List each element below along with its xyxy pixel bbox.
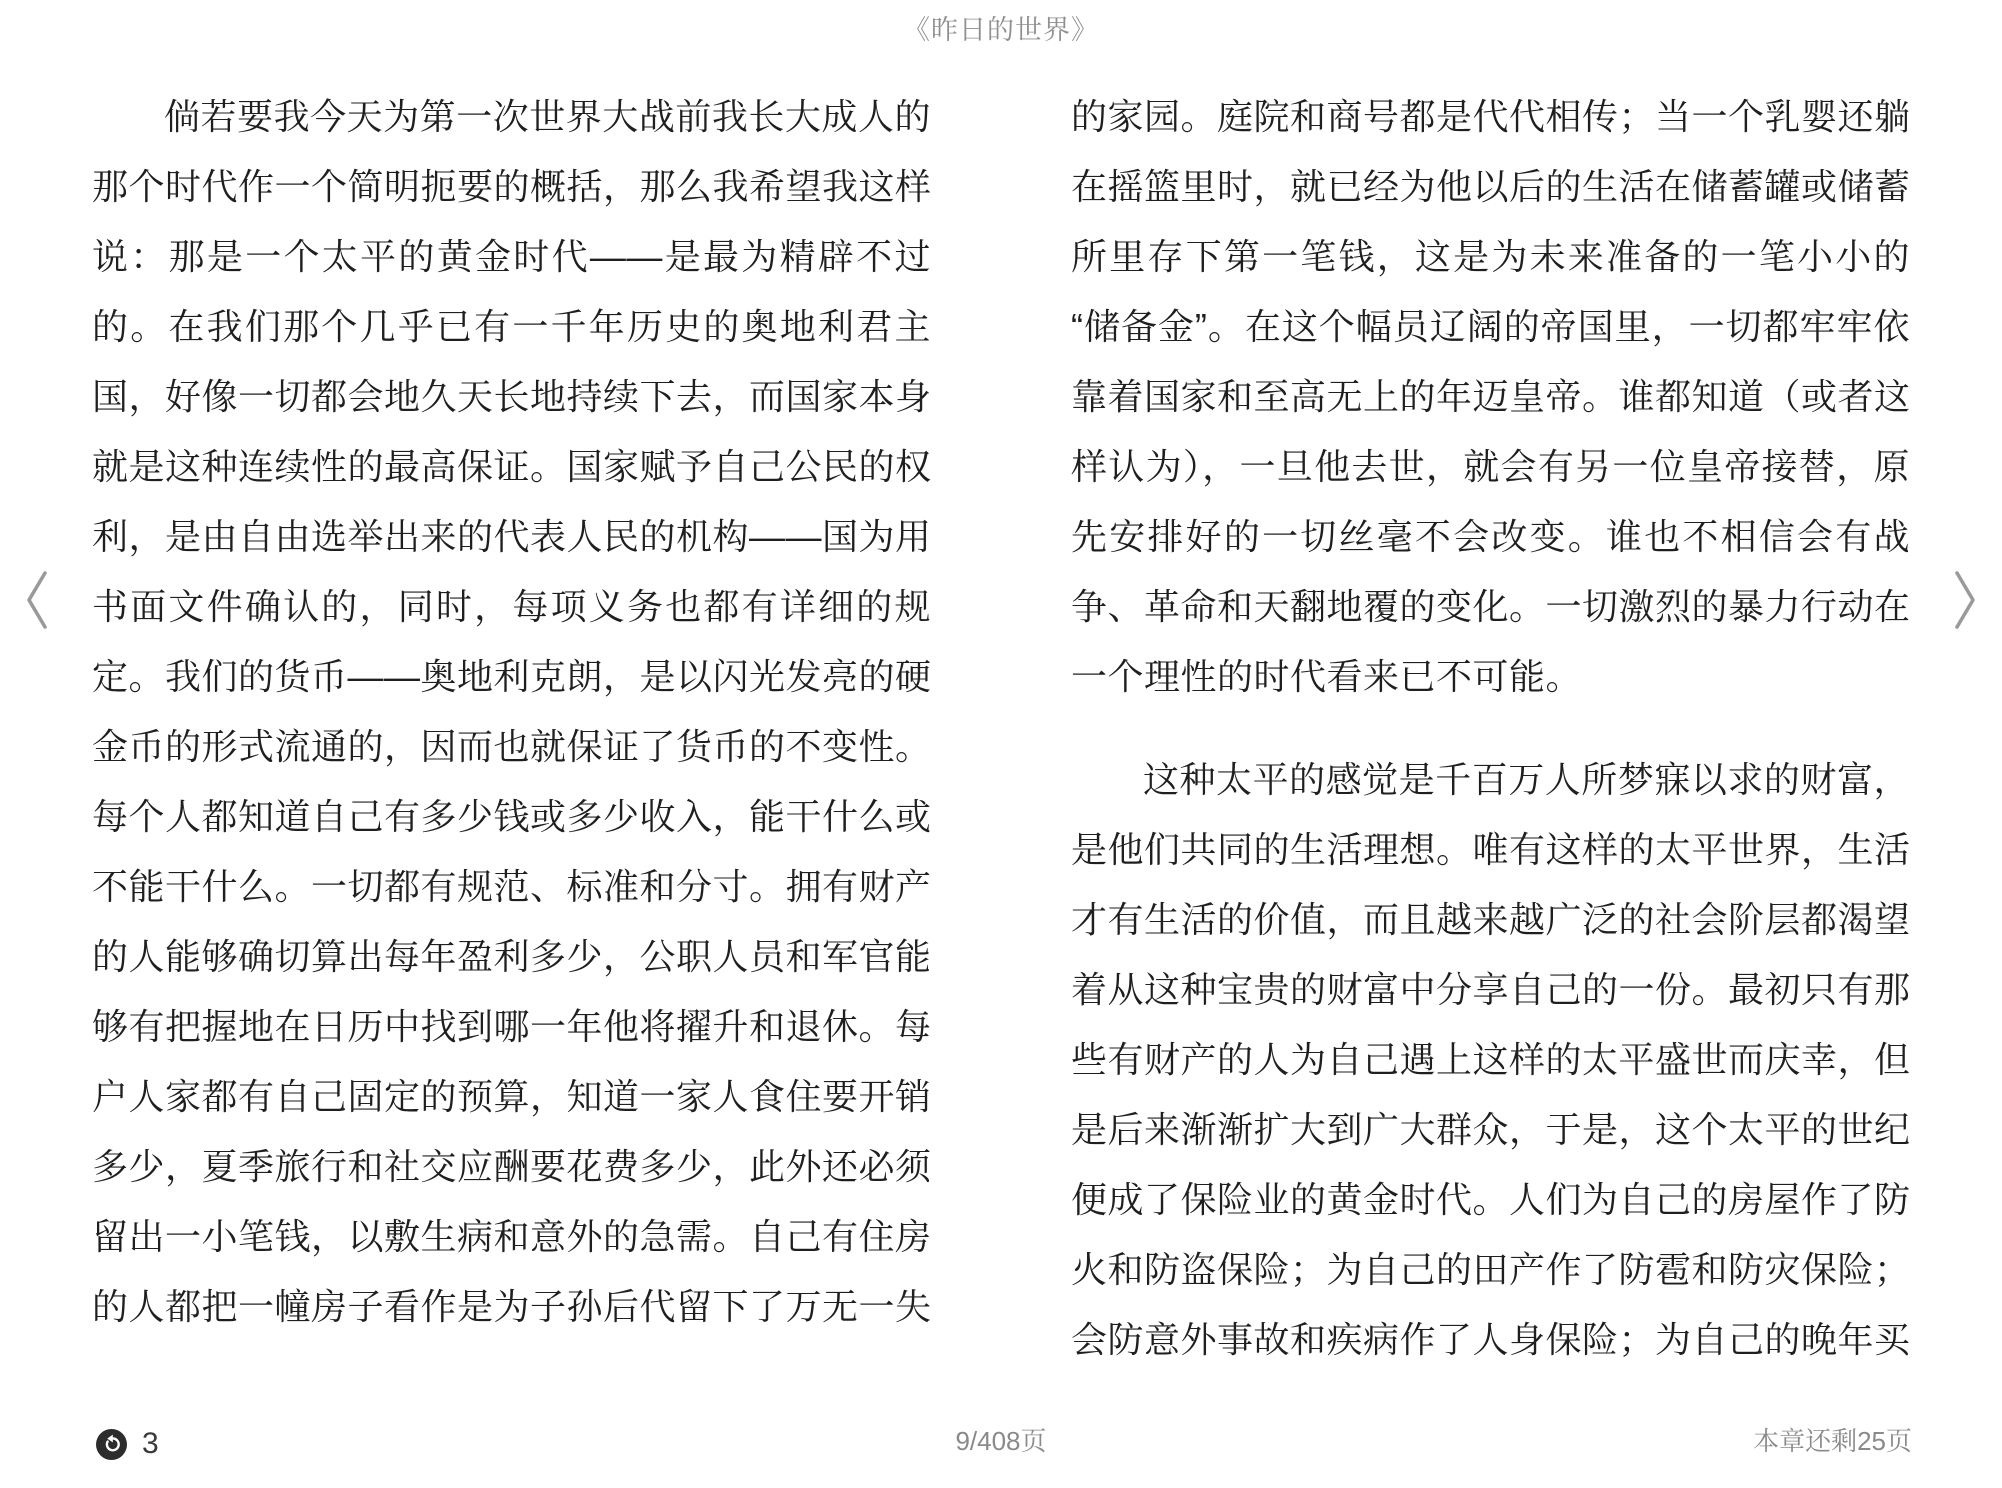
text-line: 所里存下第一笔钱，这是为未来准备的一笔小小的 bbox=[1071, 222, 1910, 292]
next-page-button[interactable] bbox=[1948, 563, 1982, 637]
paragraph: 倘若要我今天为第一次世界大战前我长大成人的那个时代作一个简明扼要的概括，那么我希… bbox=[92, 82, 931, 1342]
text-line: 留出一小笔钱，以敷生病和意外的急需。自己有住房 bbox=[92, 1202, 931, 1272]
text-line: 一个理性的时代看来已不可能。 bbox=[1071, 642, 1910, 712]
text-line: 着从这种宝贵的财富中分享自己的一份。最初只有那 bbox=[1071, 955, 1910, 1025]
text-line: 倘若要我今天为第一次世界大战前我长大成人的 bbox=[92, 82, 931, 152]
text-line: 的家园。庭院和商号都是代代相传；当一个乳婴还躺 bbox=[1071, 82, 1910, 152]
text-line: 的人能够确切算出每年盈利多少，公职人员和军官能 bbox=[92, 922, 931, 992]
chevron-left-icon bbox=[24, 568, 50, 632]
text-line: 在摇篮里时，就已经为他以后的生活在储蓄罐或储蓄 bbox=[1071, 152, 1910, 222]
text-line: 这种太平的感觉是千百万人所梦寐以求的财富， bbox=[1071, 745, 1910, 815]
text-line: 金币的形式流通的，因而也就保证了货币的不变性。 bbox=[92, 712, 931, 782]
paragraph: 的家园。庭院和商号都是代代相传；当一个乳婴还躺在摇篮里时，就已经为他以后的生活在… bbox=[1071, 82, 1910, 712]
text-line: 够有把握地在日历中找到哪一年他将擢升和退休。每 bbox=[92, 992, 931, 1062]
text-line: 会防意外事故和疾病作了人身保险；为自己的晚年买 bbox=[1071, 1305, 1910, 1375]
text-line: 国，好像一切都会地久天长地持续下去，而国家本身 bbox=[92, 362, 931, 432]
text-line: 说：那是一个太平的黄金时代——是最为精辟不过 bbox=[92, 222, 931, 292]
text-line: 就是这种连续性的最高保证。国家赋予自己公民的权 bbox=[92, 432, 931, 502]
text-line: 的人都把一幢房子看作是为子孙后代留下了万无一失 bbox=[92, 1272, 931, 1342]
text-line: 书面文件确认的，同时，每项义务也都有详细的规 bbox=[92, 572, 931, 642]
text-line: 是他们共同的生活理想。唯有这样的太平世界，生活 bbox=[1071, 815, 1910, 885]
page-indicator: 9/408页 bbox=[0, 1421, 2002, 1458]
chapter-remaining: 本章还剩25页 bbox=[1753, 1421, 1912, 1458]
prev-page-button[interactable] bbox=[20, 563, 54, 637]
reader-page: 《昨日的世界》 倘若要我今天为第一次世界大战前我长大成人的那个时代作一个简明扼要… bbox=[0, 0, 2002, 1488]
back-count: 3 bbox=[142, 1427, 159, 1461]
text-line: 不能干什么。一切都有规范、标准和分寸。拥有财产 bbox=[92, 852, 931, 922]
text-line: 是后来渐渐扩大到广大群众，于是，这个太平的世纪 bbox=[1071, 1095, 1910, 1165]
text-line: 样认为），一旦他去世，就会有另一位皇帝接替，原 bbox=[1071, 432, 1910, 502]
text-line: 户人家都有自己固定的预算，知道一家人食住要开销 bbox=[92, 1062, 931, 1132]
text-line: 火和防盗保险；为自己的田产作了防雹和防灾保险； bbox=[1071, 1235, 1910, 1305]
text-line: 先安排好的一切丝毫不会改变。谁也不相信会有战 bbox=[1071, 502, 1910, 572]
text-line: 便成了保险业的黄金时代。人们为自己的房屋作了防 bbox=[1071, 1165, 1910, 1235]
text-line: 的。在我们那个几乎已有一千年历史的奥地利君主 bbox=[92, 292, 931, 362]
text-line: 定。我们的货币——奥地利克朗，是以闪光发亮的硬 bbox=[92, 642, 931, 712]
text-columns: 倘若要我今天为第一次世界大战前我长大成人的那个时代作一个简明扼要的概括，那么我希… bbox=[92, 82, 1910, 1375]
text-line: 多少，夏季旅行和社交应酬要花费多少，此外还必须 bbox=[92, 1132, 931, 1202]
text-line: 些有财产的人为自己遇上这样的太平盛世而庆幸，但 bbox=[1071, 1025, 1910, 1095]
left-text-column: 倘若要我今天为第一次世界大战前我长大成人的那个时代作一个简明扼要的概括，那么我希… bbox=[92, 82, 931, 1342]
text-line: 那个时代作一个简明扼要的概括，那么我希望我这样 bbox=[92, 152, 931, 222]
text-line: 每个人都知道自己有多少钱或多少收入，能干什么或 bbox=[92, 782, 931, 852]
undo-arrow-icon bbox=[96, 1429, 127, 1460]
text-line: 才有生活的价值，而且越来越广泛的社会阶层都渴望 bbox=[1071, 885, 1910, 955]
text-line: “储备金”。在这个幅员辽阔的帝国里，一切都牢牢依 bbox=[1071, 292, 1910, 362]
chevron-right-icon bbox=[1952, 568, 1978, 632]
back-button[interactable] bbox=[96, 1429, 127, 1460]
paragraph: 这种太平的感觉是千百万人所梦寐以求的财富，是他们共同的生活理想。唯有这样的太平世… bbox=[1071, 745, 1910, 1375]
text-line: 靠着国家和至高无上的年迈皇帝。谁都知道（或者这 bbox=[1071, 362, 1910, 432]
right-text-column: 的家园。庭院和商号都是代代相传；当一个乳婴还躺在摇篮里时，就已经为他以后的生活在… bbox=[1071, 82, 1910, 1375]
text-line: 利，是由自由选举出来的代表人民的机构——国为用 bbox=[92, 502, 931, 572]
book-title: 《昨日的世界》 bbox=[0, 14, 2002, 46]
footer-left-group: 3 bbox=[96, 1427, 159, 1461]
text-line: 争、革命和天翻地覆的变化。一切激烈的暴力行动在 bbox=[1071, 572, 1910, 642]
